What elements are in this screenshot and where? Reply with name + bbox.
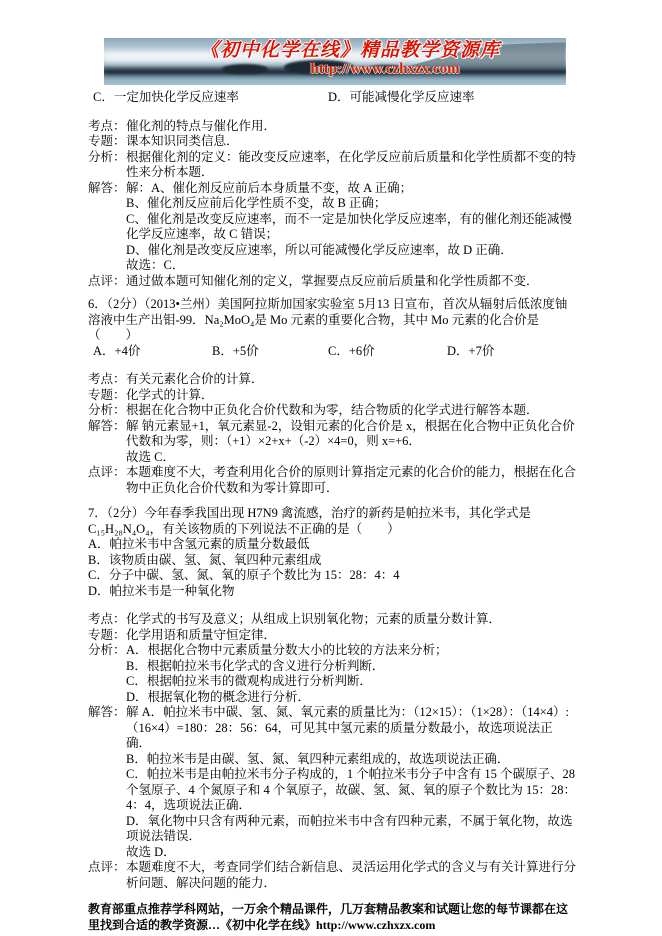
answer-line: D、催化剂是改变反应速率，所以可能减慢化学反应速率，故 D 正确． bbox=[126, 243, 576, 259]
answer-row: 解答： 解：A、催化剂反应前后本身质量不变，故 A 正确； B、催化剂反应前后化… bbox=[88, 181, 576, 274]
topic-text: 化学用语和质量守恒定律． bbox=[126, 628, 576, 644]
question-7-stem: 7．（2分）今年春季我国出现 H7N9 禽流感，治疗的新药是帕拉米韦，其化学式是… bbox=[88, 506, 576, 537]
answer-line: 解 钠元素显+1，氧元素显-2，设钼元素的化合价是 x，根据在化合物中正负化合价… bbox=[126, 419, 576, 450]
exam-point-label: 考点： bbox=[88, 612, 126, 628]
analysis-text: A．根据化合物中元素质量分数大小的比较的方法来分析； B．根据帕拉米韦化学式的含… bbox=[126, 643, 576, 705]
option-d: D．可能减慢化学反应速率 bbox=[328, 90, 475, 106]
answer-line: 解：A、催化剂反应前后本身质量不变，故 A 正确； bbox=[126, 181, 576, 197]
analysis-row: 分析： A．根据化合物中元素质量分数大小的比较的方法来分析； B．根据帕拉米韦化… bbox=[88, 643, 576, 705]
exam-point-row: 考点： 催化剂的特点与催化作用． bbox=[88, 119, 576, 135]
exam-point-row: 考点： 有关元素化合价的计算． bbox=[88, 372, 576, 388]
comment-row: 点评： 通过做本题可知催化剂的定义，掌握要点反应前后质量和化学性质都不变． bbox=[88, 274, 576, 290]
comment-text: 本题难度不大，考查利用化合价的原则计算指定元素的化合价的能力，根据在化合物中正负… bbox=[126, 465, 576, 496]
comment-text: 通过做本题可知催化剂的定义，掌握要点反应前后质量和化学性质都不变． bbox=[126, 274, 576, 290]
topic-label: 专题： bbox=[88, 388, 126, 404]
answer-line: C．帕拉米韦是由帕拉米韦分子构成的，1 个帕拉米韦分子中含有 15 个碳原子、2… bbox=[126, 767, 576, 814]
question-6-stem: 6．（2分）（2013•兰州）美国阿拉斯加国家实验室 5月13 日宣布，首次从辐… bbox=[88, 297, 576, 344]
question-6-options: A．+4价 B．+5价 C．+6价 D．+7价 bbox=[88, 344, 576, 360]
answer-line: 故选：C． bbox=[126, 258, 576, 274]
site-url-link[interactable]: http://www.czhxzx.com bbox=[104, 61, 566, 78]
exam-point-row: 考点： 化学式的书写及意义；从组成上识别氧化物；元素的质量分数计算． bbox=[88, 612, 576, 628]
answer-line: D．氧化物中只含有两种元素，而帕拉米韦中含有四种元素，不属于氧化物，故选项说法错… bbox=[126, 814, 576, 845]
analysis-row: 分析： 根据催化剂的定义：能改变反应速率，在化学反应前后质量和化学性质都不变的特… bbox=[88, 150, 576, 181]
analysis-label: 分析： bbox=[88, 403, 126, 419]
answer-line: B、催化剂反应前后化学性质不变，故 B 正确； bbox=[126, 196, 576, 212]
answer-row: 解答： 解 A．帕拉米韦中碳、氢、氮、氧元素的质量比为：（12×15）：（1×2… bbox=[88, 705, 576, 860]
topic-text: 课本知识同类信息． bbox=[126, 134, 576, 150]
answer-line: 故选 D． bbox=[126, 845, 576, 861]
analysis-line: D．根据氧化物的概念进行分析． bbox=[126, 690, 576, 706]
analysis-line: B．根据帕拉米韦化学式的含义进行分析判断． bbox=[126, 659, 576, 675]
option-a: A．帕拉米韦中含氢元素的质量分数最低 bbox=[88, 537, 576, 553]
comment-label: 点评： bbox=[88, 274, 126, 290]
analysis-line: C．根据帕拉米韦的微观构成进行分析判断． bbox=[126, 674, 576, 690]
analysis-line: A．根据化合物中元素质量分数大小的比较的方法来分析； bbox=[126, 643, 576, 659]
topic-label: 专题： bbox=[88, 628, 126, 644]
answer-row: 解答： 解 钠元素显+1，氧元素显-2，设钼元素的化合价是 x，根据在化合物中正… bbox=[88, 419, 576, 466]
comment-row: 点评： 本题难度不大，考查利用化合价的原则计算指定元素的化合价的能力，根据在化合… bbox=[88, 465, 576, 496]
option-a: A．+4价 bbox=[93, 344, 212, 360]
exam-point-text: 化学式的书写及意义；从组成上识别氧化物；元素的质量分数计算． bbox=[126, 612, 576, 628]
analysis-text: 根据催化剂的定义：能改变反应速率，在化学反应前后质量和化学性质都不变的特性来分析… bbox=[126, 150, 576, 181]
topic-row: 专题： 化学式的计算． bbox=[88, 388, 576, 404]
topic-label: 专题： bbox=[88, 134, 126, 150]
analysis-label: 分析： bbox=[88, 643, 126, 705]
question-7-options: A．帕拉米韦中含氢元素的质量分数最低 B．该物质由碳、氢、氮、氧四种元素组成 C… bbox=[88, 537, 576, 599]
question-5-options: C．一定加快化学反应速率 D．可能减慢化学反应速率 bbox=[88, 90, 576, 106]
q5-explanation: 考点： 催化剂的特点与催化作用． 专题： 课本知识同类信息． 分析： 根据催化剂… bbox=[88, 119, 576, 290]
answer-label: 解答： bbox=[88, 181, 126, 274]
exam-point-text: 催化剂的特点与催化作用． bbox=[126, 119, 576, 135]
answer-text: 解 钠元素显+1，氧元素显-2，设钼元素的化合价是 x，根据在化合物中正负化合价… bbox=[126, 419, 576, 466]
footer-note: 教育部重点推荐学科网站，一万余个精品课件，几万套精品教案和试题让您的每节课都在这… bbox=[88, 902, 576, 933]
analysis-row: 分析： 根据在化合物中正负化合价代数和为零，结合物质的化学式进行解答本题． bbox=[88, 403, 576, 419]
option-b: B．+5价 bbox=[212, 344, 328, 360]
exam-point-text: 有关元素化合价的计算． bbox=[126, 372, 576, 388]
option-c: C．一定加快化学反应速率 bbox=[88, 90, 328, 106]
exam-point-label: 考点： bbox=[88, 372, 126, 388]
document-page: 《初中化学在线》精品教学资源库 http://www.czhxzx.com C．… bbox=[0, 0, 662, 933]
answer-line: 故选 C． bbox=[126, 450, 576, 466]
option-b: B．该物质由碳、氢、氮、氧四种元素组成 bbox=[88, 553, 576, 569]
topic-row: 专题： 化学用语和质量守恒定律． bbox=[88, 628, 576, 644]
answer-line: 解 A．帕拉米韦中碳、氢、氮、氧元素的质量比为：（12×15）：（1×28）：（… bbox=[126, 705, 576, 752]
comment-text: 本题难度不大，考查同学们结合新信息、灵活运用化学式的含义与有关计算进行分析问题、… bbox=[126, 860, 576, 891]
option-d: D．帕拉米韦是一种氧化物 bbox=[88, 584, 576, 600]
analysis-label: 分析： bbox=[88, 150, 126, 181]
site-banner-image: 《初中化学在线》精品教学资源库 http://www.czhxzx.com bbox=[104, 38, 566, 85]
option-c: C．分子中碳、氢、氮、氧的原子个数比为 15：28：4：4 bbox=[88, 568, 576, 584]
topic-text: 化学式的计算． bbox=[126, 388, 576, 404]
comment-label: 点评： bbox=[88, 860, 126, 891]
comment-label: 点评： bbox=[88, 465, 126, 496]
topic-row: 专题： 课本知识同类信息． bbox=[88, 134, 576, 150]
exam-point-label: 考点： bbox=[88, 119, 126, 135]
answer-line: B．帕拉米韦是由碳、氢、氮、氧四种元素组成的，故选项说法正确． bbox=[126, 752, 576, 768]
q6-explanation: 考点： 有关元素化合价的计算． 专题： 化学式的计算． 分析： 根据在化合物中正… bbox=[88, 372, 576, 496]
footer-url-link[interactable]: http://www.czhxzx.com bbox=[316, 918, 435, 932]
analysis-text: 根据在化合物中正负化合价代数和为零，结合物质的化学式进行解答本题． bbox=[126, 403, 576, 419]
answer-label: 解答： bbox=[88, 419, 126, 466]
answer-text: 解：A、催化剂反应前后本身质量不变，故 A 正确； B、催化剂反应前后化学性质不… bbox=[126, 181, 576, 274]
answer-text: 解 A．帕拉米韦中碳、氢、氮、氧元素的质量比为：（12×15）：（1×28）：（… bbox=[126, 705, 576, 860]
site-title: 《初中化学在线》精品教学资源库 bbox=[104, 38, 566, 61]
option-c: C．+6价 bbox=[328, 344, 447, 360]
option-d: D．+7价 bbox=[447, 344, 494, 360]
answer-label: 解答： bbox=[88, 705, 126, 860]
q7-explanation: 考点： 化学式的书写及意义；从组成上识别氧化物；元素的质量分数计算． 专题： 化… bbox=[88, 612, 576, 891]
comment-row: 点评： 本题难度不大，考查同学们结合新信息、灵活运用化学式的含义与有关计算进行分… bbox=[88, 860, 576, 891]
answer-line: C、催化剂是改变反应速率，而不一定是加快化学反应速率，有的催化剂还能减慢化学反应… bbox=[126, 212, 576, 243]
